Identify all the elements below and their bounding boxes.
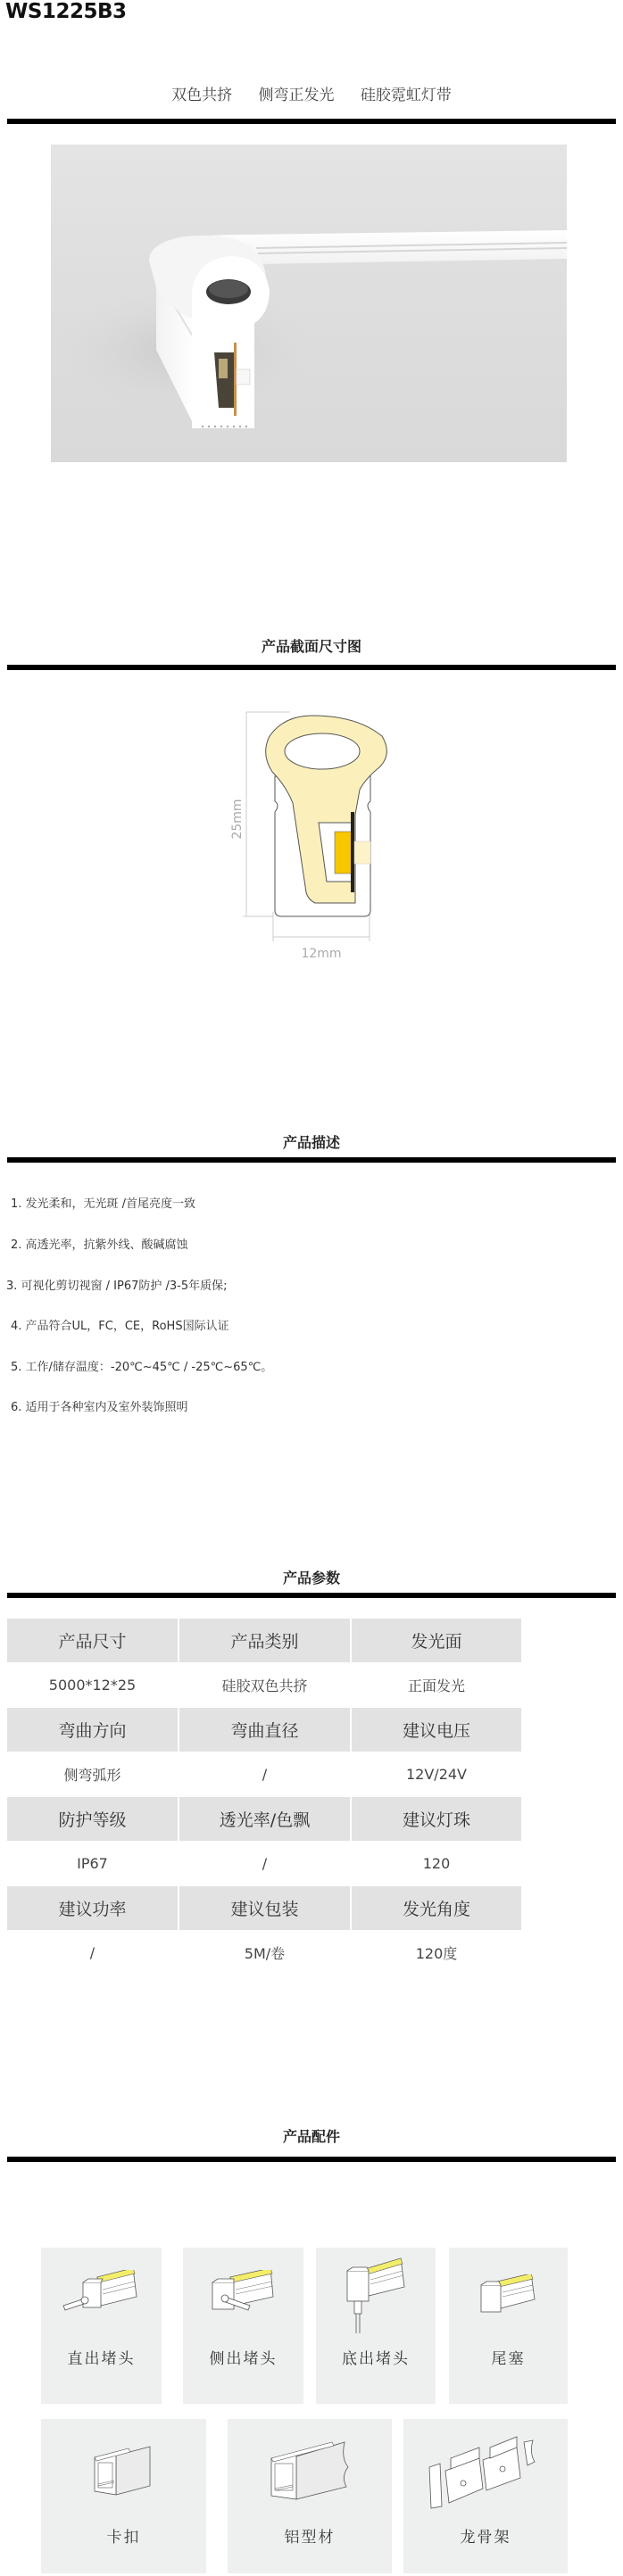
tag-silicone-neon: 硅胶霓虹灯带 [361, 82, 452, 104]
table-header-cell: 建议电压 [352, 1708, 521, 1752]
table-header-row: 防护等级 透光率/色飘 建议灯珠 [7, 1797, 523, 1841]
height-dimension-label: 25mm [230, 799, 245, 839]
table-cell: / [179, 1752, 350, 1797]
accessory-card-side-end-cap[interactable]: 侧出堵头 [183, 2248, 303, 2404]
straight-end-cap-icon [62, 2270, 142, 2323]
keel-frame-icon [428, 2431, 544, 2512]
accessory-label: 卡扣 [107, 2524, 141, 2547]
accessories-divider [7, 2157, 616, 2162]
table-header-cell: 发光角度 [352, 1886, 521, 1930]
description-item-3: 3. 可视化剪切视窗 / IP67防护 /3-5年质保; [6, 1276, 228, 1293]
accessory-label: 尾塞 [492, 2346, 526, 2368]
table-header-cell: 产品尺寸 [7, 1619, 178, 1662]
description-item-5: 5. 工作/储存温度：-20℃~45℃ / -25℃~65℃。 [11, 1357, 272, 1374]
table-cell: / [7, 1930, 178, 1975]
bottom-end-cap-icon [340, 2257, 411, 2337]
table-header-cell: 建议灯珠 [352, 1797, 521, 1841]
table-header-cell: 弯曲方向 [7, 1708, 178, 1752]
section-title-parameters: 产品参数 [0, 1567, 623, 1587]
tag-dual-color: 双色共挤 [171, 82, 232, 104]
dimension-divider [7, 665, 616, 670]
table-header-row: 弯曲方向 弯曲直径 建议电压 [7, 1708, 523, 1752]
table-header-row: 建议功率 建议包装 发光角度 [7, 1886, 523, 1930]
product-model-title: WS1225B3 [5, 0, 126, 23]
product-tagline: 双色共挤 侧弯正发光 硅胶霓虹灯带 [0, 82, 623, 104]
accessory-label: 直出堵头 [68, 2346, 136, 2368]
table-header-cell: 发光面 [352, 1619, 521, 1662]
table-row: IP67 / 120 [7, 1841, 523, 1886]
table-row: 侧弯弧形 / 12V/24V [7, 1752, 523, 1797]
aluminum-profile-icon [270, 2440, 350, 2503]
accessory-label: 底出堵头 [342, 2346, 410, 2368]
table-cell: IP67 [7, 1841, 178, 1886]
side-end-cap-icon [204, 2270, 284, 2323]
table-cell: 正面发光 [352, 1662, 521, 1708]
table-header-cell: 防护等级 [7, 1797, 178, 1841]
parameters-divider [7, 1593, 616, 1598]
section-title-description: 产品描述 [0, 1131, 623, 1152]
table-cell: 120 [352, 1841, 521, 1886]
description-item-6: 6. 适用于各种室内及室外装饰照明 [11, 1397, 188, 1414]
header-divider [7, 119, 616, 124]
tail-plug-icon [478, 2274, 540, 2319]
accessory-label: 铝型材 [285, 2524, 336, 2547]
section-title-accessories: 产品配件 [0, 2125, 623, 2146]
table-header-cell: 产品类别 [179, 1619, 350, 1662]
accessory-label: 龙骨架 [461, 2524, 511, 2547]
table-cell: / [179, 1841, 350, 1886]
product-hero-image [51, 145, 567, 462]
table-cell: 侧弯弧形 [7, 1752, 178, 1797]
table-cell: 12V/24V [352, 1752, 521, 1797]
description-item-1: 1. 发光柔和，无光斑 /首尾亮度一致 [11, 1194, 195, 1211]
table-header-cell: 透光率/色飘 [179, 1797, 350, 1841]
parameters-table: 产品尺寸 产品类别 发光面 5000*12*25 硅胶双色共挤 正面发光 弯曲方… [7, 1619, 523, 1975]
table-header-row: 产品尺寸 产品类别 发光面 [7, 1619, 523, 1662]
cross-section-drawing-icon: 25mm 12mm [214, 705, 411, 964]
accessory-card-mounting-clip[interactable]: 卡扣 [41, 2419, 206, 2573]
table-header-cell: 弯曲直径 [179, 1708, 350, 1752]
table-cell: 120度 [352, 1930, 521, 1975]
table-header-cell: 建议包装 [179, 1886, 350, 1930]
accessory-card-straight-end-cap[interactable]: 直出堵头 [41, 2248, 162, 2404]
section-title-dimension: 产品截面尺寸图 [0, 635, 623, 656]
accessory-label: 侧出堵头 [210, 2346, 278, 2368]
accessory-card-tail-plug[interactable]: 尾塞 [449, 2248, 568, 2404]
table-cell: 5M/卷 [179, 1930, 350, 1975]
table-header-cell: 建议功率 [7, 1886, 178, 1930]
accessory-card-keel-frame[interactable]: 龙骨架 [403, 2419, 568, 2573]
cross-section-diagram: 25mm 12mm [214, 705, 411, 964]
accessory-card-aluminum-profile[interactable]: 铝型材 [228, 2419, 392, 2573]
description-item-4: 4. 产品符合UL，FC，CE，RoHS国际认证 [11, 1316, 229, 1333]
width-dimension-label: 12mm [301, 947, 341, 961]
description-divider [7, 1157, 616, 1163]
table-cell: 硅胶双色共挤 [179, 1662, 350, 1708]
table-row: 5000*12*25 硅胶双色共挤 正面发光 [7, 1662, 523, 1708]
accessory-card-bottom-end-cap[interactable]: 底出堵头 [316, 2248, 436, 2404]
table-cell: 5000*12*25 [7, 1662, 178, 1708]
neon-strip-render-icon [51, 145, 567, 462]
mounting-clip-icon [93, 2445, 155, 2498]
table-row: / 5M/卷 120度 [7, 1930, 523, 1975]
tag-side-bend: 侧弯正发光 [259, 82, 335, 104]
description-item-2: 2. 高透光率，抗紫外线、酸碱腐蚀 [11, 1235, 188, 1252]
